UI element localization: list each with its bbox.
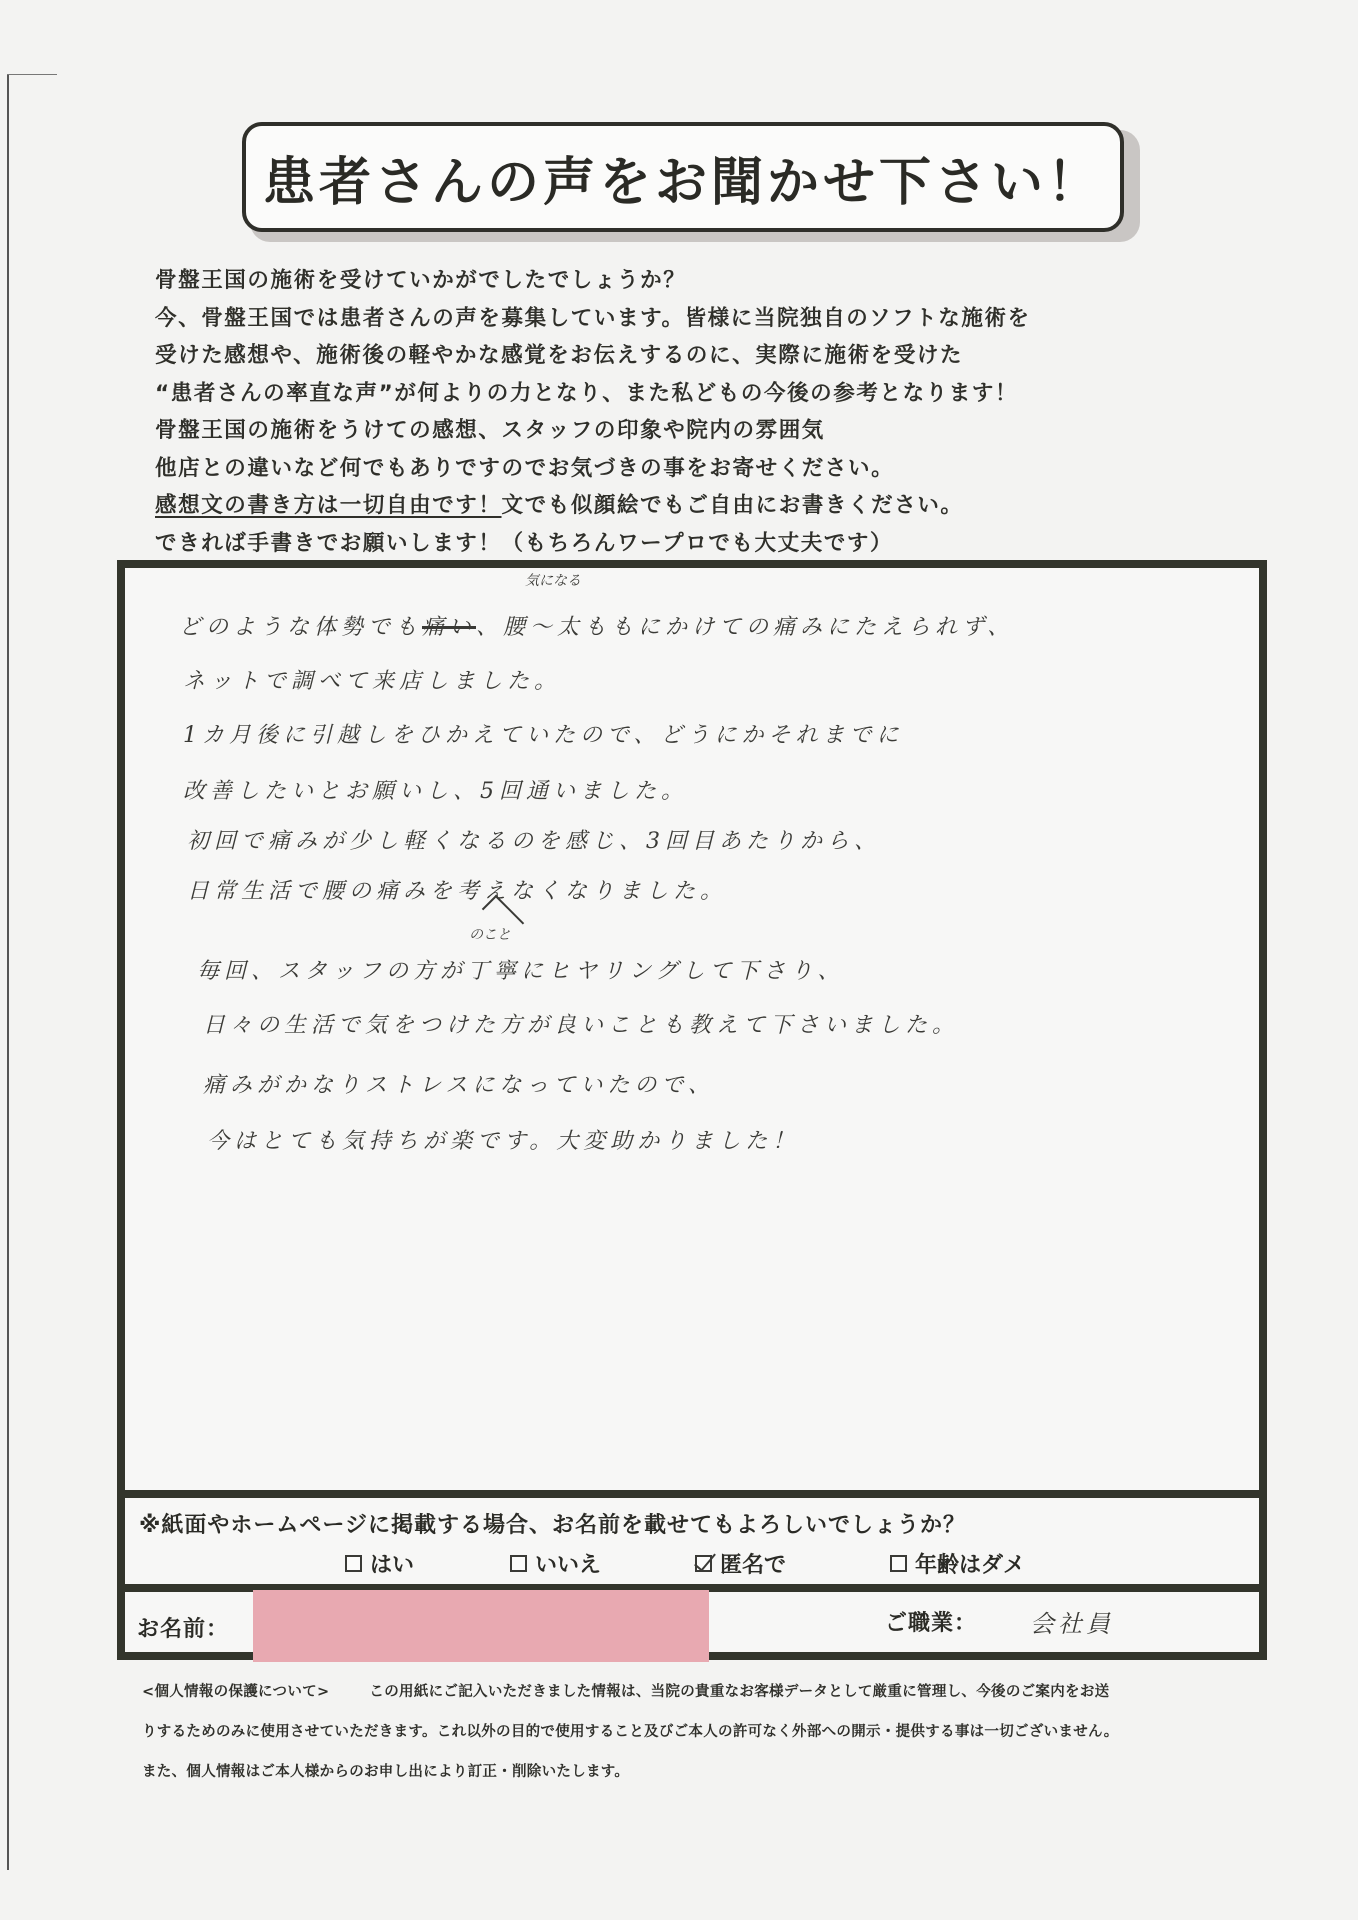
handwritten-line: 毎回、スタッフの方が丁寧にヒヤリングして下さり、 <box>197 954 845 985</box>
intro-line: 今、骨盤王国では患者さんの声を募集しています。皆様に当院独自のソフトな施術を <box>155 300 1255 338</box>
handwritten-line: 改善したいとお願いし、5回通いました。 <box>183 774 688 805</box>
option-label: 年齢はダメ <box>915 1548 1025 1579</box>
option-no[interactable]: いいえ <box>510 1548 601 1579</box>
name-publication-consent: ※紙面やホームページに掲載する場合、お名前を載せてもよろしいでしょうか？ はい … <box>125 1498 1259 1584</box>
title-box: 患者さんの声をお聞かせ下さい！ <box>242 122 1124 232</box>
intro-text: 骨盤王国の施術を受けていかがでしたでしょうか？ 今、骨盤王国では患者さんの声を募… <box>155 262 1255 562</box>
occupation-label: ご職業： <box>885 1606 977 1637</box>
handwritten-line: どのような体勢でも痛い、腰～太ももにかけての痛みにたえられず、 <box>179 610 1014 641</box>
left-margin-line <box>7 75 9 1870</box>
option-anonymous[interactable]: 匿名で <box>695 1548 786 1579</box>
intro-line: できれば手書きでお願いします！（もちろんワープロでも大丈夫です） <box>155 525 1255 563</box>
handwritten-line: 今はとても気持ちが楽です。大変助かりました！ <box>207 1124 799 1155</box>
handwritten-line: 痛みがかなりストレスになっていたので、 <box>203 1068 715 1099</box>
privacy-text: この用紙にご記入いただきました情報は、当院の貴重なお客様データとして厳重に管理し… <box>369 1684 1109 1700</box>
handwritten-line: ネットで調べて来店しました。 <box>183 664 561 695</box>
option-yes[interactable]: はい <box>345 1548 414 1579</box>
intro-line: 他店との違いなど何でもありですのでお気づきの事をお寄せください。 <box>155 450 1255 488</box>
divider <box>125 1490 1259 1498</box>
privacy-notice: <個人情報の保護について>この用紙にご記入いただきました情報は、当院の貴重なお客… <box>142 1672 1272 1792</box>
margin-corner-mark <box>7 74 57 75</box>
page-title: 患者さんの声をお聞かせ下さい！ <box>263 140 1103 215</box>
intro-line: “患者さんの率直な声”が何よりの力となり、また私どもの今後の参考となります！ <box>155 375 1255 413</box>
checked-checkbox-icon[interactable] <box>695 1555 712 1572</box>
handwritten-line: 日常生活で腰の痛みを考えなくなりました。 <box>187 874 727 905</box>
name-label: お名前： <box>137 1612 229 1643</box>
privacy-line: <個人情報の保護について>この用紙にご記入いただきました情報は、当院の貴重なお客… <box>142 1672 1272 1712</box>
checkbox-icon[interactable] <box>890 1555 907 1572</box>
consent-options: はい いいえ 匿名で 年齢はダメ <box>125 1548 1259 1578</box>
option-label: いいえ <box>535 1548 601 1579</box>
handwritten-comment-area[interactable]: 気になる どのような体勢でも痛い、腰～太ももにかけての痛みにたえられず、 ネット… <box>125 568 1259 1490</box>
option-label: 匿名で <box>720 1548 786 1579</box>
intro-line: 骨盤王国の施術を受けていかがでしたでしょうか？ <box>155 262 1255 300</box>
privacy-heading: <個人情報の保護について> <box>142 1684 329 1700</box>
intro-line-rest: 文でも似顔絵でもご自由にお書きください。 <box>502 493 964 518</box>
checkbox-icon[interactable] <box>510 1555 527 1572</box>
privacy-line: りするためのみに使用させていただきます。これ以外の目的で使用すること及びご本人の… <box>142 1712 1272 1752</box>
privacy-line: また、個人情報はご本人様からのお申し出により訂正・削除いたします。 <box>142 1752 1272 1792</box>
occupation-field[interactable]: 会社員 <box>1030 1604 1114 1639</box>
checkbox-icon[interactable] <box>345 1555 362 1572</box>
handwritten-line: 日々の生活で気をつけた方が良いことも教えて下さいました。 <box>203 1008 959 1039</box>
inserted-correction: 気になる <box>525 570 581 590</box>
feedback-form-box: 気になる どのような体勢でも痛い、腰～太ももにかけての痛みにたえられず、 ネット… <box>117 560 1267 1660</box>
handwritten-line: 初回で痛みが少し軽くなるのを感じ、3回目あたりから、 <box>187 824 881 855</box>
underlined-emphasis: 感想文の書き方は一切自由です！ <box>155 493 502 518</box>
handwritten-text: どのような体勢でも <box>179 615 422 640</box>
intro-line: 感想文の書き方は一切自由です！文でも似顔絵でもご自由にお書きください。 <box>155 487 1255 525</box>
option-label: はい <box>370 1548 414 1579</box>
intro-line: 骨盤王国の施術をうけての感想、スタッフの印象や院内の雰囲気 <box>155 412 1255 450</box>
intro-line: 受けた感想や、施術後の軽やかな感覚をお伝えするのに、実際に施術を受けた <box>155 337 1255 375</box>
handwritten-text: 、腰～太ももにかけての痛みにたえられず、 <box>476 615 1014 640</box>
handwritten-line: 1カ月後に引越しをひかえていたので、どうにかそれまでに <box>183 718 904 749</box>
option-no-age[interactable]: 年齢はダメ <box>890 1548 1025 1579</box>
name-field-redacted[interactable] <box>253 1590 709 1662</box>
inserted-note: のこと <box>469 924 511 944</box>
consent-question: ※紙面やホームページに掲載する場合、お名前を載せてもよろしいでしょうか？ <box>139 1508 966 1539</box>
name-occupation-row: お名前： ご職業： 会社員 <box>125 1592 1259 1652</box>
struck-out-text: 痛い <box>422 610 476 641</box>
